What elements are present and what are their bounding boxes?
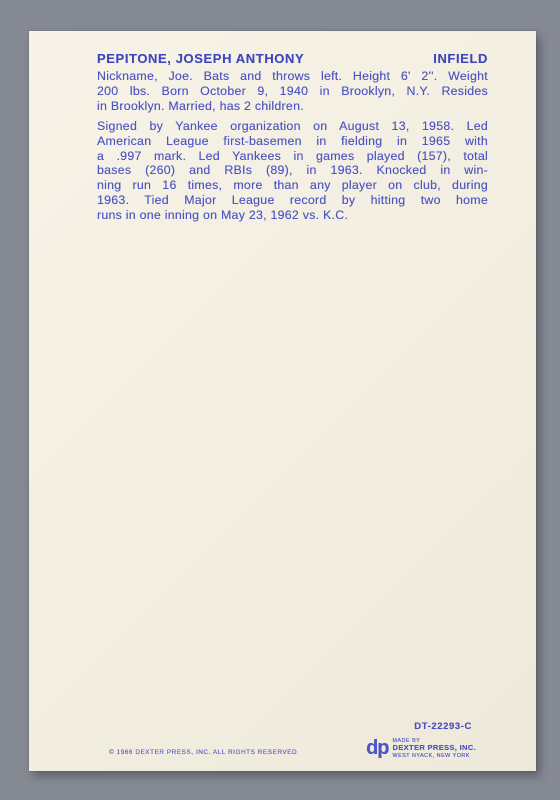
printer-mark: dp MADE BY DEXTER PRESS, INC. WEST NYACK… (366, 738, 476, 760)
printer-address: MADE BY DEXTER PRESS, INC. WEST NYACK, N… (393, 738, 476, 760)
card-header: PEPITONE, JOSEPH ANTHONY INFIELD (97, 52, 488, 65)
bio-line: in Brooklyn. Married, has 2 children. (97, 99, 488, 114)
photo-background: PEPITONE, JOSEPH ANTHONY INFIELD Nicknam… (0, 0, 560, 800)
career-paragraph: Signed by Yankee organization on August … (97, 119, 488, 223)
career-line: 1963. Tied Major League record by hittin… (97, 193, 488, 208)
career-line: bases (260) and RBIs (89), in 1963. Knoc… (97, 163, 488, 178)
career-line: runs in one inning on May 23, 1962 vs. K… (97, 208, 488, 223)
print-code: DT-22293-C (414, 721, 472, 732)
copyright-notice: © 1966 DEXTER PRESS, INC. ALL RIGHTS RES… (109, 749, 297, 756)
bio-line: 200 lbs. Born October 9, 1940 in Brookly… (97, 84, 488, 99)
career-line: a .997 mark. Led Yankees in games played… (97, 149, 488, 164)
player-name: PEPITONE, JOSEPH ANTHONY (97, 52, 304, 65)
career-line: ning run 16 times, more than any player … (97, 178, 488, 193)
career-line: Signed by Yankee organization on August … (97, 119, 488, 134)
bio-paragraph: Nickname, Joe. Bats and throws left. Hei… (97, 69, 488, 113)
dexter-press-logo-icon: dp (366, 738, 388, 758)
baseball-card-back: PEPITONE, JOSEPH ANTHONY INFIELD Nicknam… (29, 31, 536, 771)
career-line: American League first-basemen in fieldin… (97, 134, 488, 149)
bio-line: Nickname, Joe. Bats and throws left. Hei… (97, 69, 488, 84)
printer-location: WEST NYACK, NEW YORK (393, 753, 476, 759)
printer-company: DEXTER PRESS, INC. (393, 744, 476, 753)
player-position: INFIELD (433, 52, 488, 65)
